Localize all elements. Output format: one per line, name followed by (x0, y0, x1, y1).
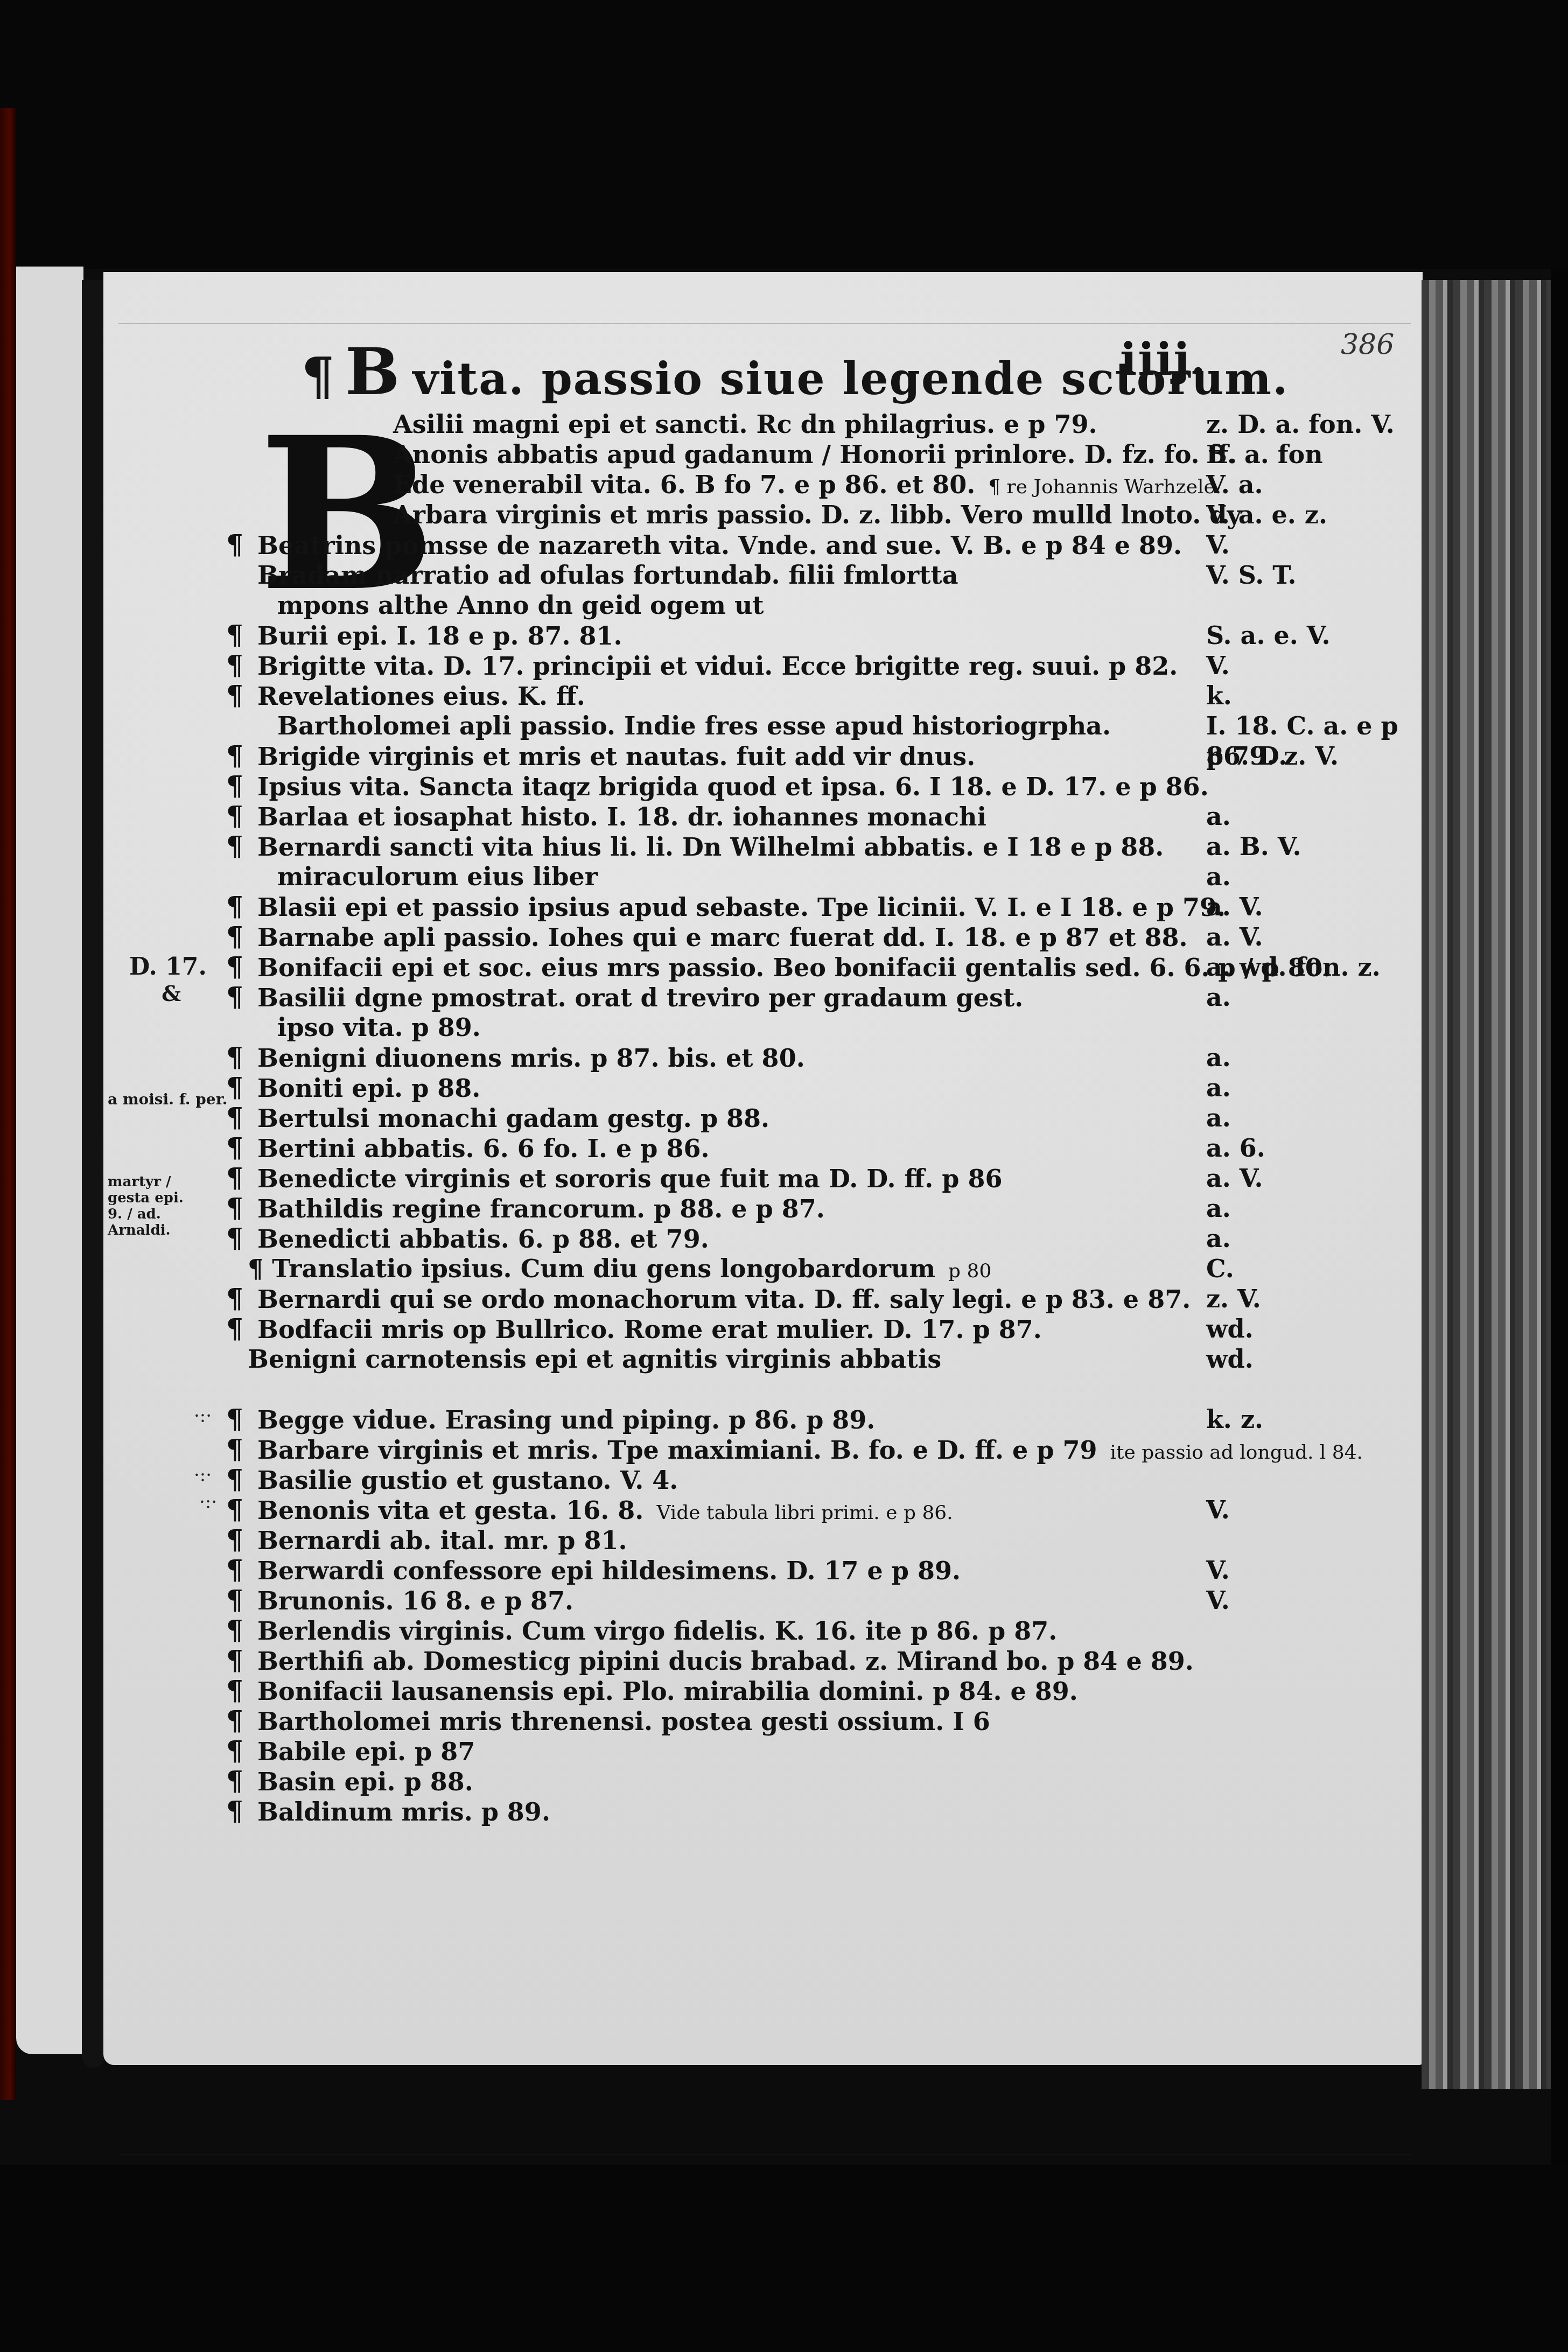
entry-sigla: a. B. V. (1206, 831, 1301, 862)
pilcrow-icon: ¶ (226, 922, 257, 952)
index-entry: ¶Bonifacii epi et soc. eius mrs passio. … (226, 952, 1411, 982)
index-entry: ¶Benedicti abbatis. 6. p 88. et 79.a. (226, 1223, 1411, 1254)
margin-note: D. 17. (129, 953, 207, 981)
index-entry: ¶Berthifi ab. Domesticg pipini ducis bra… (226, 1646, 1411, 1676)
pilcrow-icon: ¶ (226, 1163, 257, 1193)
entry-sigla: V. (1206, 650, 1230, 681)
entry-sigla: a. 6. (1206, 1133, 1265, 1163)
index-entry: ¶Babile epi. p 87 (226, 1736, 1411, 1766)
index-entry: ¶Basilii dgne pmostrat. orat d treviro p… (226, 982, 1411, 1012)
index-entry: miraculorum eius libera. (226, 862, 1411, 892)
pilcrow-icon: ¶ (226, 1434, 257, 1465)
index-entry: ¶Benigni diuonens mris. p 87. bis. et 80… (226, 1042, 1411, 1073)
fore-edge-pages (1422, 280, 1551, 2089)
entry-sigla: p 79. z. V. (1206, 741, 1339, 771)
margin-note: & (162, 981, 181, 1006)
pilcrow-icon: ¶ (226, 650, 257, 681)
entry-sigla: k. (1206, 681, 1232, 711)
index-entry: ¶Bartholomei mris threnensi. postea gest… (226, 1706, 1411, 1736)
pilcrow-icon: ¶ (226, 892, 257, 922)
index-entry: ¶Berwardi confessore epi hildesimens. D.… (226, 1555, 1411, 1585)
pilcrow-icon: ¶ (226, 530, 257, 560)
index-entry: ¶Burii epi. I. 18 e p. 87. 81.S. a. e. V… (226, 620, 1411, 650)
entry-sigla: a. (1206, 1193, 1231, 1223)
pilcrow-icon: ¶ (226, 681, 257, 711)
index-entry: ¶Berlendis virginis. Cum virgo fidelis. … (226, 1615, 1411, 1646)
margin-dot-mark: ·:· (194, 1405, 212, 1427)
pilcrow-icon: ¶ (226, 1133, 257, 1163)
pilcrow-icon: ¶ (226, 1646, 257, 1676)
entry-sigla: V. (1206, 1495, 1230, 1525)
ruling-line (118, 323, 1411, 324)
dark-background-top (0, 0, 1568, 269)
entry-sigla: C. (1206, 1254, 1234, 1284)
pilcrow-icon: ¶ (226, 771, 257, 801)
index-entry: Benigni carnotensis epi et agnitis virgi… (226, 1344, 1411, 1374)
index-entry: ¶Barlaa et iosaphat histo. I. 18. dr. io… (226, 801, 1411, 831)
pilcrow-icon: ¶ (226, 801, 257, 831)
index-entry: ¶ Translatio ipsius. Cum diu gens longob… (226, 1254, 1411, 1284)
pilcrow-icon: ¶ (226, 1103, 257, 1133)
entry-sigla: S. a. e. V. (1206, 620, 1330, 650)
pilcrow-icon: ¶ (226, 982, 257, 1012)
pilcrow-icon: ¶ (226, 1525, 257, 1555)
index-entry: ¶Bernardi ab. ital. mr. p 81. (226, 1525, 1411, 1555)
entry-sigla: V. a. (1206, 470, 1263, 500)
entry-sigla: a. (1206, 1223, 1231, 1254)
pilcrow-icon: ¶ (226, 1555, 257, 1585)
index-entry: ¶Basin epi. p 88. (226, 1766, 1411, 1796)
entry-sigla: wd. (1206, 1344, 1254, 1374)
entry-note: Vide tabula libri primi. e p 86. (656, 1502, 953, 1524)
entry-sigla: a. V. (1206, 1163, 1263, 1193)
index-entry: ¶Bernardi qui se ordo monachorum vita. D… (226, 1284, 1411, 1314)
pilcrow-icon: ¶ (226, 741, 257, 771)
margin-dot-mark: ·:· (194, 1465, 212, 1486)
index-entry: mpons althe Anno dn geid ogem ut (226, 590, 1411, 620)
pilcrow-icon: ¶ (226, 1404, 257, 1434)
entry-sigla: z. D. a. fon. V. (1206, 409, 1395, 439)
index-entry: ¶Bonifacii lausanensis epi. Plo. mirabil… (226, 1676, 1411, 1706)
pilcrow-icon: ¶ (226, 620, 257, 650)
index-entry: ¶Blasii epi et passio ipsius apud sebast… (226, 892, 1411, 922)
index-entries: Asilii magni epi et sancti. Rc dn philag… (226, 409, 1411, 1826)
red-edge-strip (0, 108, 16, 2100)
index-entry: ¶Ipsius vita. Sancta itaqz brigida quod … (226, 771, 1411, 801)
pilcrow-icon: ¶ (226, 1585, 257, 1615)
entry-sigla: V. (1206, 530, 1230, 560)
index-entry: ¶Bathildis regine francorum. p 88. e p 8… (226, 1193, 1411, 1223)
pilcrow-icon: ¶ (226, 1706, 257, 1736)
index-entry: Ede venerabil vita. 6. B fo 7. e p 86. e… (226, 470, 1411, 500)
entry-sigla: V. a. e. z. (1206, 500, 1327, 530)
index-entry: ¶Begge vidue. Erasing und piping. p 86. … (226, 1404, 1411, 1434)
index-entry: ¶Benedicte virginis et sororis que fuit … (226, 1163, 1411, 1193)
pilcrow-icon: ¶ (226, 831, 257, 862)
pilcrow-icon: ¶ (226, 1615, 257, 1646)
pilcrow-icon: ¶ (226, 952, 257, 982)
entry-note: p 80 (948, 1260, 991, 1282)
index-entry: ¶Beatrins pomsse de nazareth vita. Vnde.… (226, 530, 1411, 560)
page-heading: ¶Bvita. passio siue legende sctorum. iii… (302, 334, 1289, 410)
entry-note: ite passio ad longud. l 84. (1110, 1441, 1363, 1464)
entry-sigla: a. wd. fon. z. (1206, 952, 1381, 982)
index-entry: Bartholomei apli passio. Indie fres esse… (226, 711, 1411, 741)
pilcrow-icon: ¶ (226, 1495, 257, 1525)
dark-background-bottom (0, 2165, 1568, 2352)
entry-sigla: a. (1206, 862, 1231, 892)
index-entry: ¶Bernardi sancti vita hius li. li. Dn Wi… (226, 831, 1411, 862)
index-entry: ¶Basilie gustio et gustano. V. 4. (226, 1465, 1411, 1495)
entry-sigla: wd. (1206, 1314, 1254, 1344)
entry-sigla: k. z. (1206, 1404, 1263, 1434)
pilcrow-icon: ¶ (226, 1796, 257, 1826)
entry-sigla: a. (1206, 982, 1231, 1012)
pilcrow-icon: ¶ (226, 1284, 257, 1314)
index-entry: Asilii magni epi et sancti. Rc dn philag… (226, 409, 1411, 439)
entry-sigla: a. (1206, 1073, 1231, 1103)
entry-note: ¶ re Johannis Warhzele. (988, 476, 1221, 498)
index-entry: Bradam narratio ad ofulas fortundab. fil… (226, 560, 1411, 590)
entry-sigla: a. (1206, 801, 1231, 831)
entry-sigla: a. (1206, 1103, 1231, 1133)
index-entry: ¶Benonis vita et gesta. 16. 8.Vide tabul… (226, 1495, 1411, 1525)
entry-sigla: z. V. (1206, 1284, 1261, 1314)
index-entry: ¶Barbare virginis et mris. Tpe maximiani… (226, 1434, 1411, 1465)
index-entry: ipso vita. p 89. (226, 1012, 1411, 1042)
folio-number: 386 (1341, 328, 1394, 361)
book-gutter (82, 280, 104, 2068)
pilcrow-icon: ¶ (226, 1676, 257, 1706)
index-entry: ¶Baldinum mris. p 89. (226, 1796, 1411, 1826)
section-number: iiij. (1120, 334, 1207, 386)
entry-sigla: V. (1206, 1585, 1230, 1615)
entry-sigla: a. (1206, 1042, 1231, 1073)
index-entry: ¶Brigitte vita. D. 17. principii et vidu… (226, 650, 1411, 681)
index-entry: ¶Boniti epi. p 88.a. (226, 1073, 1411, 1103)
index-entry: ¶Barnabe apli passio. Iohes qui e marc f… (226, 922, 1411, 952)
entry-sigla: V. (1206, 1555, 1230, 1585)
pilcrow-icon: ¶ (226, 1073, 257, 1103)
margin-dot-mark: ·:· (199, 1492, 217, 1513)
index-entry: ¶Brunonis. 16 8. e p 87.V. (226, 1585, 1411, 1615)
index-entry: ¶Bodfacii mris op Bullrico. Rome erat mu… (226, 1314, 1411, 1344)
index-entry: ¶Bertulsi monachi gadam gestg. p 88.a. (226, 1103, 1411, 1133)
pilcrow-icon: ¶ (226, 1465, 257, 1495)
dark-background-right (1551, 269, 1568, 2352)
pilcrow-icon: ¶ (226, 1766, 257, 1796)
entry-sigla: a. V. (1206, 892, 1263, 922)
index-entry: ¶Revelationes eius. K. ff.k. (226, 681, 1411, 711)
entry-sigla: V. S. T. (1206, 560, 1297, 590)
index-entry: Anonis abbatis apud gadanum / Honorii pr… (226, 439, 1411, 470)
index-entry: Arbara virginis et mris passio. D. z. li… (226, 500, 1411, 530)
pilcrow-icon: ¶ (226, 1223, 257, 1254)
pilcrow-icon: ¶ (226, 1314, 257, 1344)
index-entry: ¶Bertini abbatis. 6. 6 fo. I. e p 86.a. … (226, 1133, 1411, 1163)
pilcrow-icon: ¶ (226, 1193, 257, 1223)
entry-sigla: B. a. fon (1206, 439, 1323, 470)
entry-sigla: a. V. (1206, 922, 1263, 952)
pilcrow-icon: ¶ (226, 1736, 257, 1766)
margin-note: martyr / gesta epi. 9. / ad. Arnaldi. (108, 1174, 194, 1238)
left-leaf-edge (16, 267, 83, 2054)
pilcrow-icon: ¶ (226, 1042, 257, 1073)
index-entry: ¶Brigide virginis et mris et nautas. fui… (226, 741, 1411, 771)
ruling-line (118, 2154, 1411, 2155)
margin-note: a moisi. f. per. (108, 1090, 228, 1108)
